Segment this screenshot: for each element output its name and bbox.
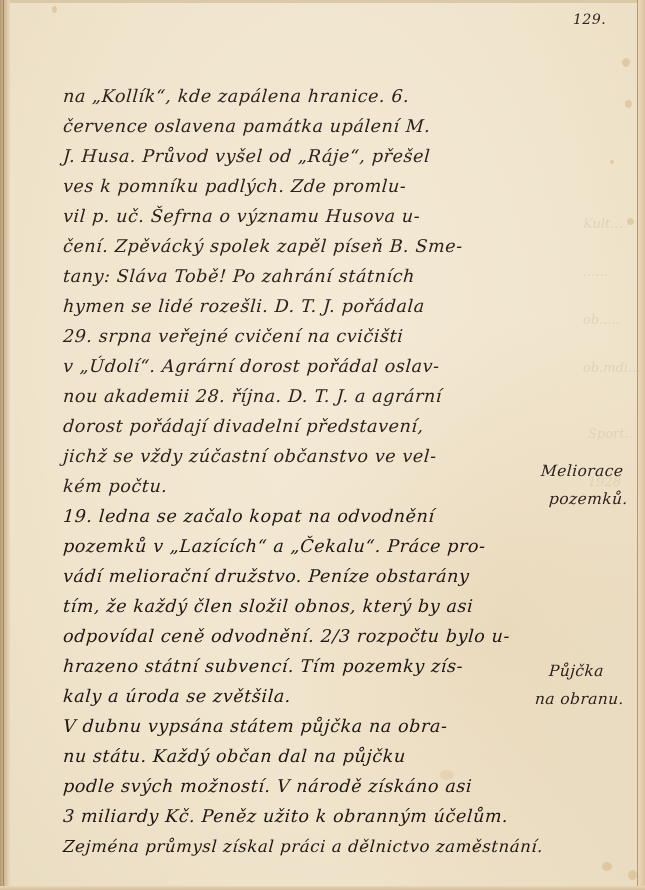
text-line: 29. srpna veřejné cvičení na cvičišti [62, 322, 534, 352]
text-line: nou akademii 28. října. D. T. J. a agrár… [62, 382, 534, 412]
text-line: J. Husa. Průvod vyšel od „Ráje“, přešel [62, 142, 534, 172]
text-line: vádí meliorační družstvo. Peníze obstará… [62, 562, 534, 592]
foxing-spot [610, 160, 614, 164]
text-line: 19. ledna se začalo kopat na odvodnění [62, 502, 534, 532]
text-line: v „Údolí“. Agrární dorost pořádal oslav- [62, 352, 534, 382]
text-line: hrazeno státní subvencí. Tím pozemky zís… [62, 652, 534, 682]
margin-note-line: na obranu. [534, 690, 624, 708]
text-line: podle svých možností. V národě získáno a… [62, 772, 534, 802]
margin-note-line: Meliorace [540, 462, 631, 490]
document-page: Kult... ...... ob..... ob.mdi... Sport..… [0, 0, 645, 890]
margin-note-meliorace: Meliorace pozemků. [538, 462, 630, 508]
page-number: 129. [573, 12, 606, 28]
bleed-through-text: Kult... ...... ob..... ob.mdi... [583, 185, 640, 409]
page-right-edge [637, 0, 645, 890]
text-line: kaly a úroda se zvětšila. [62, 682, 534, 712]
text-line: tím, že každý člen složil obnos, který b… [62, 592, 534, 622]
page-right-edge-line [637, 0, 639, 890]
page-bottom-edge [0, 886, 645, 890]
text-line: odpovídal ceně odvodnění. 2/3 rozpočtu b… [62, 622, 534, 652]
text-line: 3 miliardy Kč. Peněz užito k obranným úč… [62, 802, 534, 832]
foxing-spot [602, 862, 612, 871]
binding-shadow [0, 0, 10, 890]
text-line: nu státu. Každý občan dal na půjčku [62, 742, 534, 772]
text-line: kém počtu. [62, 472, 534, 502]
text-line: dorost pořádají divadelní představení, [62, 412, 534, 442]
text-line: července oslavena památka upálení M. [62, 112, 534, 142]
foxing-spot [622, 58, 630, 67]
text-line: ves k pomníku padlých. Zde promlu- [62, 172, 534, 202]
bleed-line: Sport.. [588, 427, 633, 443]
text-line: jichž se vždy zúčastní občanstvo ve vel- [62, 442, 534, 472]
foxing-spot [628, 870, 637, 880]
text-line: V dubnu vypsána státem půjčka na obra- [62, 712, 534, 742]
foxing-spot [52, 6, 57, 13]
margin-note-line: Půjčka [548, 662, 627, 690]
text-line: na „Kollík“, kde zapálena hranice. 6. [62, 82, 534, 112]
text-line: čení. Zpěvácký spolek zapěl píseň B. Sme… [62, 232, 534, 262]
margin-note-pujcka: Půjčka na obranu. [546, 662, 626, 708]
foxing-spot [625, 100, 632, 108]
text-line: pozemků v „Lazících“ a „Čekalu“. Práce p… [62, 532, 534, 562]
binding-line [3, 0, 4, 890]
bleed-line: ob..... [583, 313, 640, 329]
page-top-edge [0, 0, 645, 3]
main-text-column: na „Kollík“, kde zapálena hranice. 6. če… [62, 82, 532, 862]
text-line: vil p. uč. Šefrna o významu Husova u- [62, 202, 534, 232]
bleed-line: ob.mdi... [583, 361, 640, 377]
margin-note-line: pozemků. [538, 490, 628, 508]
text-line: hymen se lidé rozešli. D. T. J. pořádala [62, 292, 534, 322]
bleed-line: Kult... [583, 217, 640, 233]
text-line: tany: Sláva Tobě! Po zahrání státních [62, 262, 534, 292]
text-line: Zejména průmysl získal práci a dělnictvo… [62, 832, 534, 862]
bleed-line: ...... [583, 265, 640, 281]
